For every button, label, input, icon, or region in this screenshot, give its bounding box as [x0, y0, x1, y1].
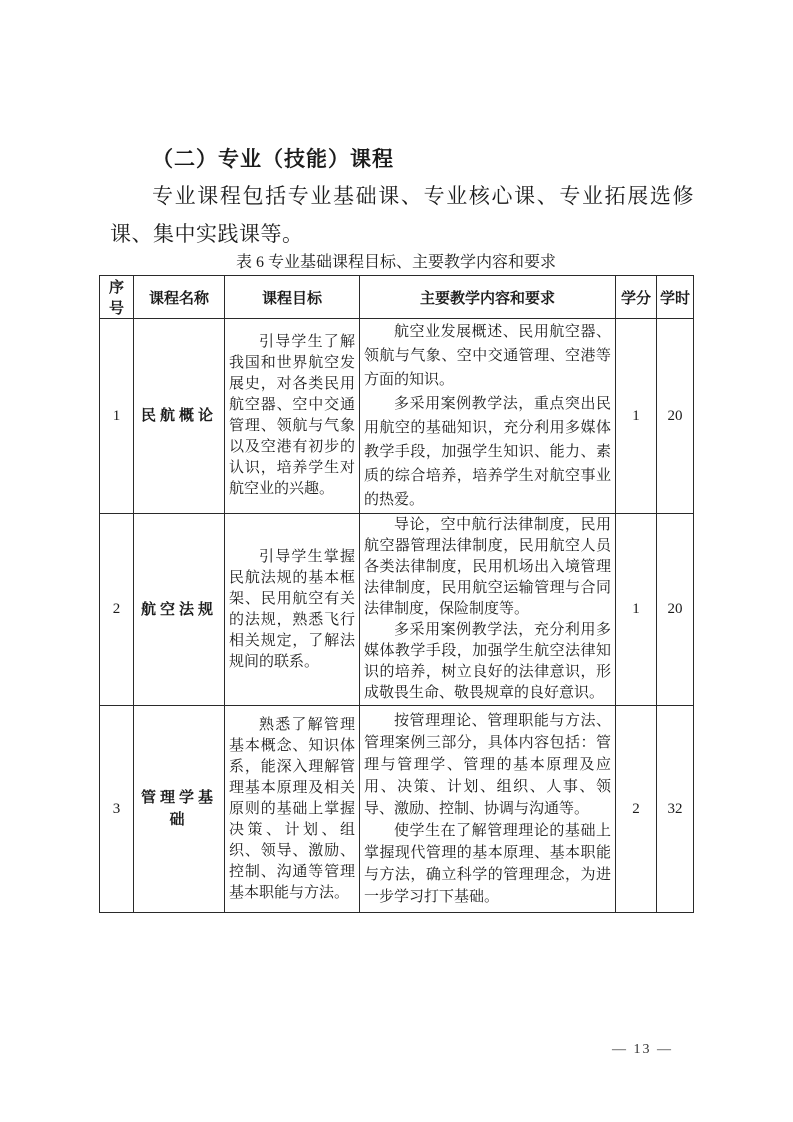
header-index: 序号: [100, 276, 134, 319]
course-objective: 引导学生了解我国和世界航空发展史，对各类民用航空器、空中交通管理、领航与气象以及…: [225, 319, 360, 514]
course-name: 管理学基础: [134, 706, 225, 913]
page-number: — 13 —: [0, 1042, 673, 1058]
course-hours: 32: [657, 706, 694, 913]
header-hours: 学时: [657, 276, 694, 319]
intro-paragraph: 专业课程包括专业基础课、专业核心课、专业拓展选修课、集中实践课等。: [110, 177, 694, 253]
content-paragraph: 多采用案例教学法，重点突出民用航空的基础知识，充分利用多媒体教学手段，加强学生知…: [364, 392, 611, 512]
course-content: 按管理理论、管理职能与方法、管理案例三部分，具体内容包括：管理与管理学、管理的基…: [360, 706, 616, 913]
objective-paragraph: 熟悉了解管理基本概念、知识体系，能深入理解管理基本原理及相关原则的基础上掌握决策…: [229, 715, 355, 904]
header-credits: 学分: [616, 276, 657, 319]
course-content: 导论，空中航行法律制度，民用航空器管理法律制度，民用航空人员各类法律制度，民用机…: [360, 514, 616, 706]
header-objective: 课程目标: [225, 276, 360, 319]
course-credits: 2: [616, 706, 657, 913]
header-content: 主要教学内容和要求: [360, 276, 616, 319]
content-paragraph: 多采用案例教学法，充分利用多媒体教学手段，加强学生航空法律知识的培养，树立良好的…: [364, 620, 611, 704]
content-paragraph: 导论，空中航行法律制度，民用航空器管理法律制度，民用航空人员各类法律制度，民用机…: [364, 515, 611, 620]
course-content: 航空业发展概述、民用航空器、领航与气象、空中交通管理、空港等方面的知识。 多采用…: [360, 319, 616, 514]
course-hours: 20: [657, 514, 694, 706]
table-row: 2 航空法规 引导学生掌握民航法规的基本框架、民用航空有关的法规，熟悉飞行相关规…: [100, 514, 694, 706]
table-caption: 表 6 专业基础课程目标、主要教学内容和要求: [99, 252, 693, 274]
course-name: 航空法规: [134, 514, 225, 706]
content-paragraph: 使学生在了解管理理论的基础上掌握现代管理的基本原理、基本职能与方法，确立科学的管…: [364, 820, 611, 908]
table-header-row: 序号 课程名称 课程目标 主要教学内容和要求 学分 学时: [100, 276, 694, 319]
course-hours: 20: [657, 319, 694, 514]
objective-paragraph: 引导学生了解我国和世界航空发展史，对各类民用航空器、空中交通管理、领航与气象以及…: [229, 332, 355, 500]
table-row: 1 民航概论 引导学生了解我国和世界航空发展史，对各类民用航空器、空中交通管理、…: [100, 319, 694, 514]
content-paragraph: 按管理理论、管理职能与方法、管理案例三部分，具体内容包括：管理与管理学、管理的基…: [364, 710, 611, 820]
course-objective: 熟悉了解管理基本概念、知识体系，能深入理解管理基本原理及相关原则的基础上掌握决策…: [225, 706, 360, 913]
objective-paragraph: 引导学生掌握民航法规的基本框架、民用航空有关的法规，熟悉飞行相关规定，了解法规间…: [229, 547, 355, 673]
course-objective: 引导学生掌握民航法规的基本框架、民用航空有关的法规，熟悉飞行相关规定，了解法规间…: [225, 514, 360, 706]
table-row: 3 管理学基础 熟悉了解管理基本概念、知识体系，能深入理解管理基本原理及相关原则…: [100, 706, 694, 913]
course-credits: 1: [616, 319, 657, 514]
row-index: 2: [100, 514, 134, 706]
course-credits: 1: [616, 514, 657, 706]
row-index: 1: [100, 319, 134, 514]
section-heading: （二）专业（技能）课程: [110, 144, 694, 174]
content-paragraph: 航空业发展概述、民用航空器、领航与气象、空中交通管理、空港等方面的知识。: [364, 320, 611, 392]
document-page: （二）专业（技能）课程 专业课程包括专业基础课、专业核心课、专业拓展选修课、集中…: [0, 0, 793, 1122]
header-course-name: 课程名称: [134, 276, 225, 319]
course-name: 民航概论: [134, 319, 225, 514]
row-index: 3: [100, 706, 134, 913]
course-table: 序号 课程名称 课程目标 主要教学内容和要求 学分 学时 1 民航概论 引导学生…: [99, 275, 694, 913]
